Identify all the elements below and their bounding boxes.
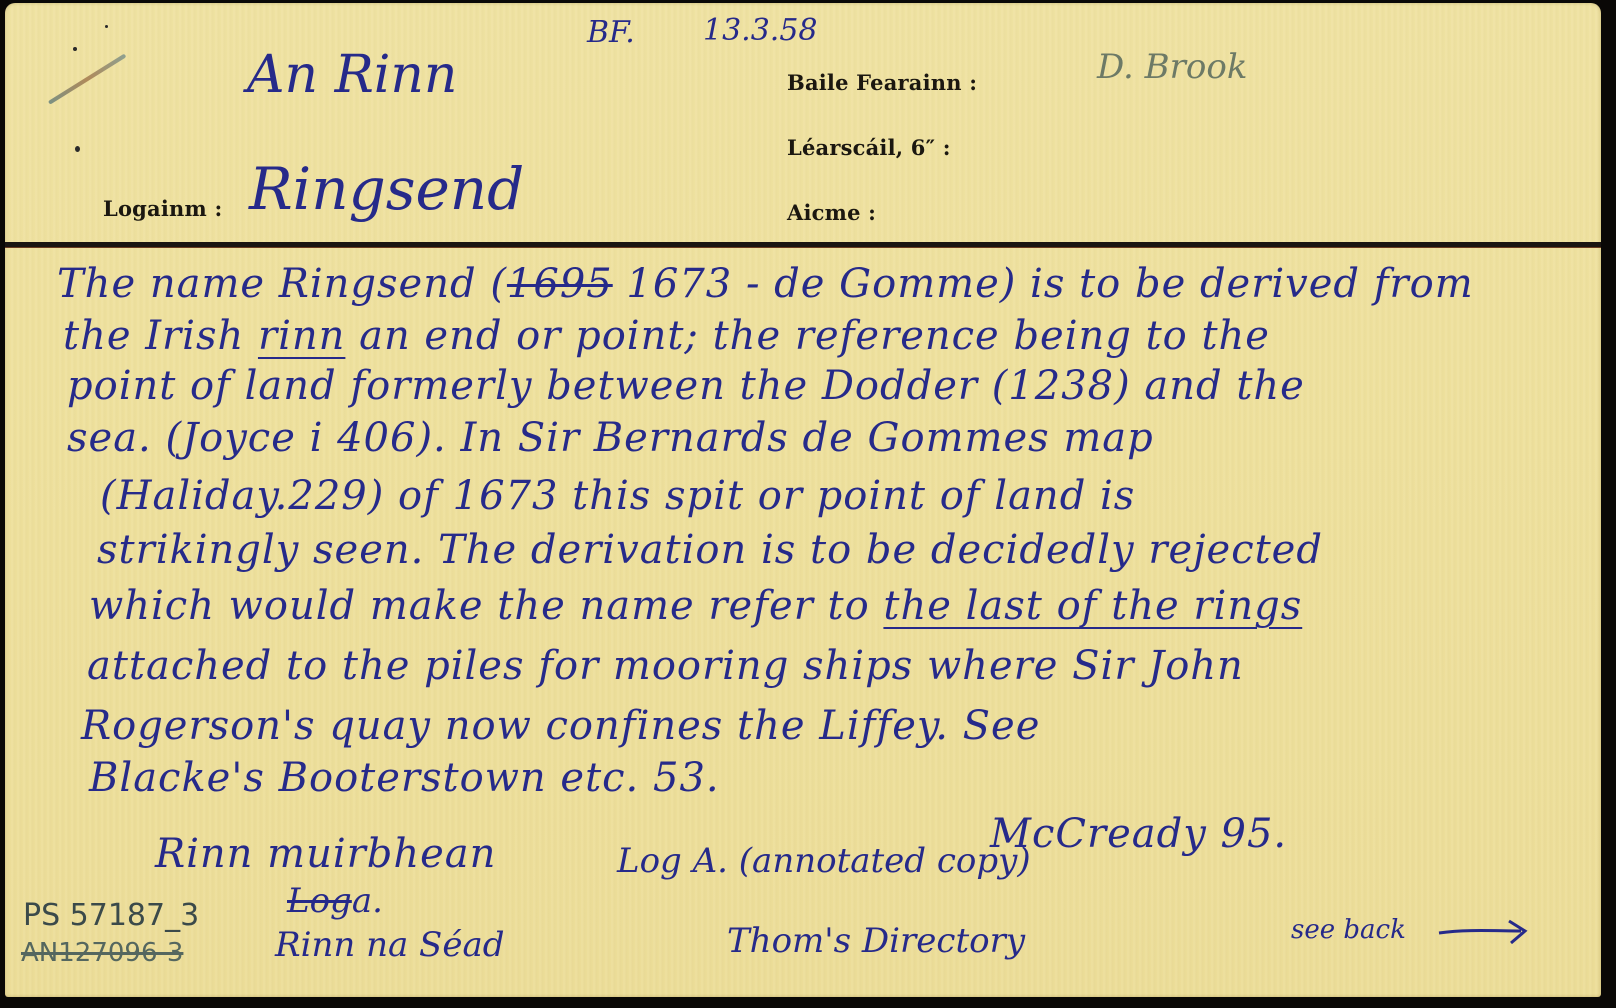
body-line-2: the Irish rinn an end or point; the refe… — [63, 313, 1270, 359]
log-a-annotated: Log A. (annotated copy) — [617, 841, 1031, 881]
ps-number: PS 57187_3 — [23, 898, 199, 933]
body-line-6: strikingly seen. The derivation is to be… — [97, 527, 1323, 573]
irish-name: An Rinn — [247, 45, 457, 105]
body-text: which would make the name refer to — [89, 583, 883, 629]
struck-text: 1695 — [507, 261, 613, 307]
log-a-correction: Loga. — [287, 881, 383, 921]
body-line-5: (Haliday.229) of 1673 this spit or point… — [100, 473, 1135, 519]
date: 13.3.58 — [703, 13, 818, 48]
body-line-8: attached to the piles for mooring ships … — [87, 643, 1244, 689]
underlined-text: rinn — [258, 313, 345, 359]
speck — [75, 146, 80, 152]
initials: BF. — [587, 15, 635, 50]
logainm-label: Logainm : — [103, 196, 222, 221]
body-line-9: Rogerson's quay now confines the Liffey.… — [81, 703, 1040, 749]
speck — [73, 47, 77, 51]
logainm-value: Ringsend — [249, 155, 524, 223]
learscail-label: Léarscáil, 6″ : — [787, 135, 951, 160]
placename-index-card: An Rinn BF. 13.3.58 Logainm : Ringsend B… — [5, 3, 1601, 997]
body-line-7: which would make the name refer to the l… — [89, 583, 1302, 629]
baile-fearainn-label: Baile Fearainn : — [787, 70, 977, 95]
staple-mark — [48, 54, 126, 105]
body-line-1: The name Ringsend (1695 1673 - de Gomme)… — [57, 261, 1474, 307]
mccready-reference: McCready 95. — [990, 811, 1287, 857]
arrow-right-icon — [1437, 919, 1529, 945]
struck-text: Log — [287, 881, 352, 921]
see-back-note: see back — [1291, 915, 1406, 945]
body-line-10: Blacke's Booterstown etc. 53. — [89, 755, 720, 801]
body-text: an end or point; the reference being to … — [345, 313, 1270, 359]
body-text: 1673 - de Gomme) is to be derived from — [613, 261, 1474, 307]
aicme-label: Aicme : — [787, 200, 876, 225]
underlined-text: the last of the rings — [883, 583, 1302, 629]
body-text: the Irish — [63, 313, 258, 359]
log-a-suffix: a. — [352, 881, 383, 921]
baile-fearainn-value: D. Brook — [1097, 47, 1247, 87]
body-line-3: point of land formerly between the Dodde… — [67, 363, 1305, 409]
header-divider — [5, 242, 1601, 248]
speck — [105, 25, 108, 28]
rinn-muirbhean: Rinn muirbhean — [155, 831, 496, 877]
body-line-4: sea. (Joyce i 406). In Sir Bernards de G… — [67, 415, 1154, 461]
thoms-directory: Thom's Directory — [727, 921, 1025, 961]
body-text: The name Ringsend ( — [57, 261, 507, 307]
rinn-na-sead: Rinn na Séad — [275, 925, 505, 965]
old-number: AN127096-3 — [21, 938, 183, 968]
